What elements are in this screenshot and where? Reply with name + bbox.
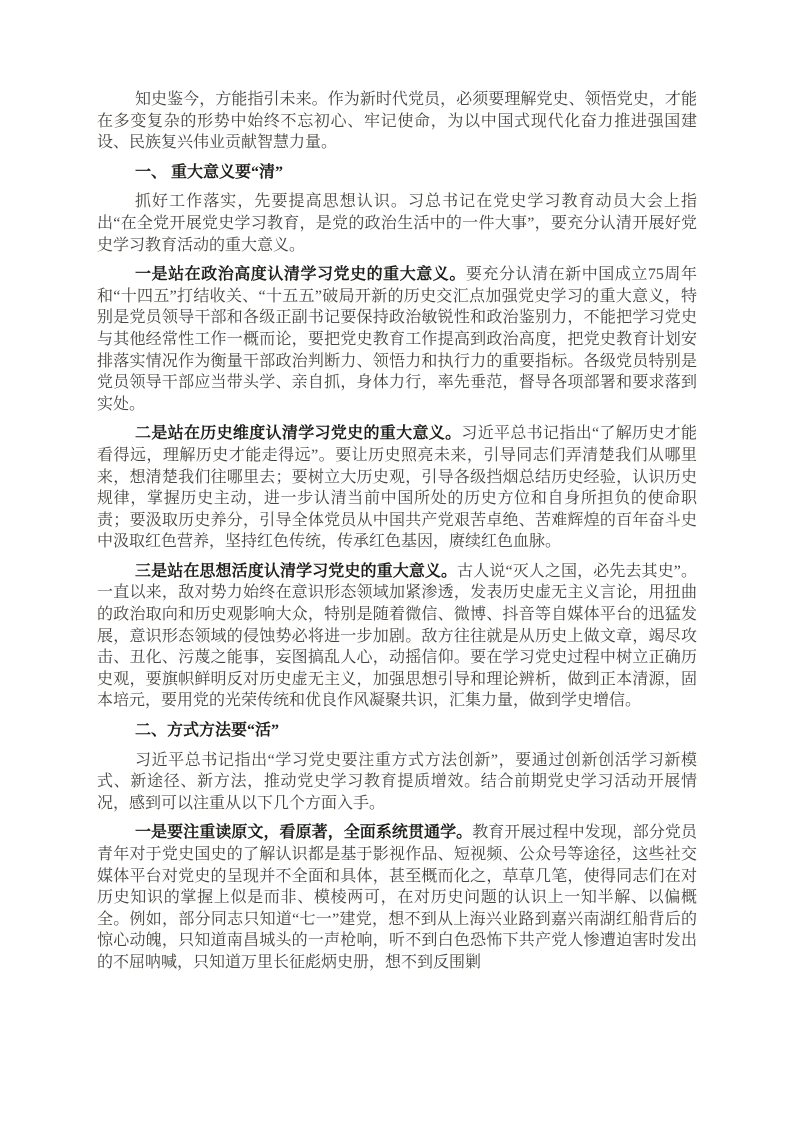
section-1-point-2-text: 习近平总书记指出“了解历史才能看得远，理解历史才能走得远”。要让历史照亮未来，引… xyxy=(97,425,697,550)
section-2-heading: 二、方式方法要“活” xyxy=(97,720,697,742)
section-1-heading: 一、 重大意义要“清” xyxy=(97,162,697,184)
section-1-point-3-bold-lead: 三是站在思想活度认清学习党史的重大意义。 xyxy=(135,563,457,580)
section-1-point-2-paragraph: 二是站在历史维度认清学习党史的重大意义。习近平总书记指出“了解历史才能看得远，理… xyxy=(97,423,697,553)
section-1-lead-paragraph: 抓好工作落实，先要提高思想认识。习总书记在党史学习教育动员大会上指出“在全党开展… xyxy=(97,191,697,256)
section-2-point-1-bold-lead: 一是要注重读原文，看原著，全面系统贯通学。 xyxy=(135,824,472,841)
section-2-lead-paragraph: 习近平总书记指出“学习党史要注重方式方法创新”，要通过创新创活学习新模式、新途径… xyxy=(97,750,697,815)
section-2-point-1-text: 教育开展过程中发现，部分党员青年对于党史国史的了解认识都是基于影视作品、短视频、… xyxy=(97,824,697,971)
section-1-point-1-bold-lead: 一是站在政治高度认清学习党史的重大意义。 xyxy=(135,266,466,283)
section-1-point-1-paragraph: 一是站在政治高度认清学习党史的重大意义。要充分认清在新中国成立75周年和“十四五… xyxy=(97,264,697,415)
section-1-point-3-text: 古人说“灭人之国，必先去其史”。一直以来，敌对势力始终在意识形态领域加紧渗透，发… xyxy=(97,563,697,710)
intro-paragraph: 知史鉴今，方能指引未来。作为新时代党员，必须要理解党史、领悟党史，才能在多变复杂… xyxy=(97,89,697,154)
section-1-point-3-paragraph: 三是站在思想活度认清学习党史的重大意义。古人说“灭人之国，必先去其史”。一直以来… xyxy=(97,561,697,712)
document-page: 知史鉴今，方能指引未来。作为新时代党员，必须要理解党史、领悟党史，才能在多变复杂… xyxy=(0,0,793,1122)
section-1-point-2-bold-lead: 二是站在历史维度认清学习党史的重大意义。 xyxy=(135,425,461,442)
section-2-point-1-paragraph: 一是要注重读原文，看原著，全面系统贯通学。教育开展过程中发现，部分党员青年对于党… xyxy=(97,822,697,973)
section-1-point-1-text: 要充分认清在新中国成立75周年和“十四五”打结收关、“十五五”破局开新的历史交汇… xyxy=(97,266,697,413)
